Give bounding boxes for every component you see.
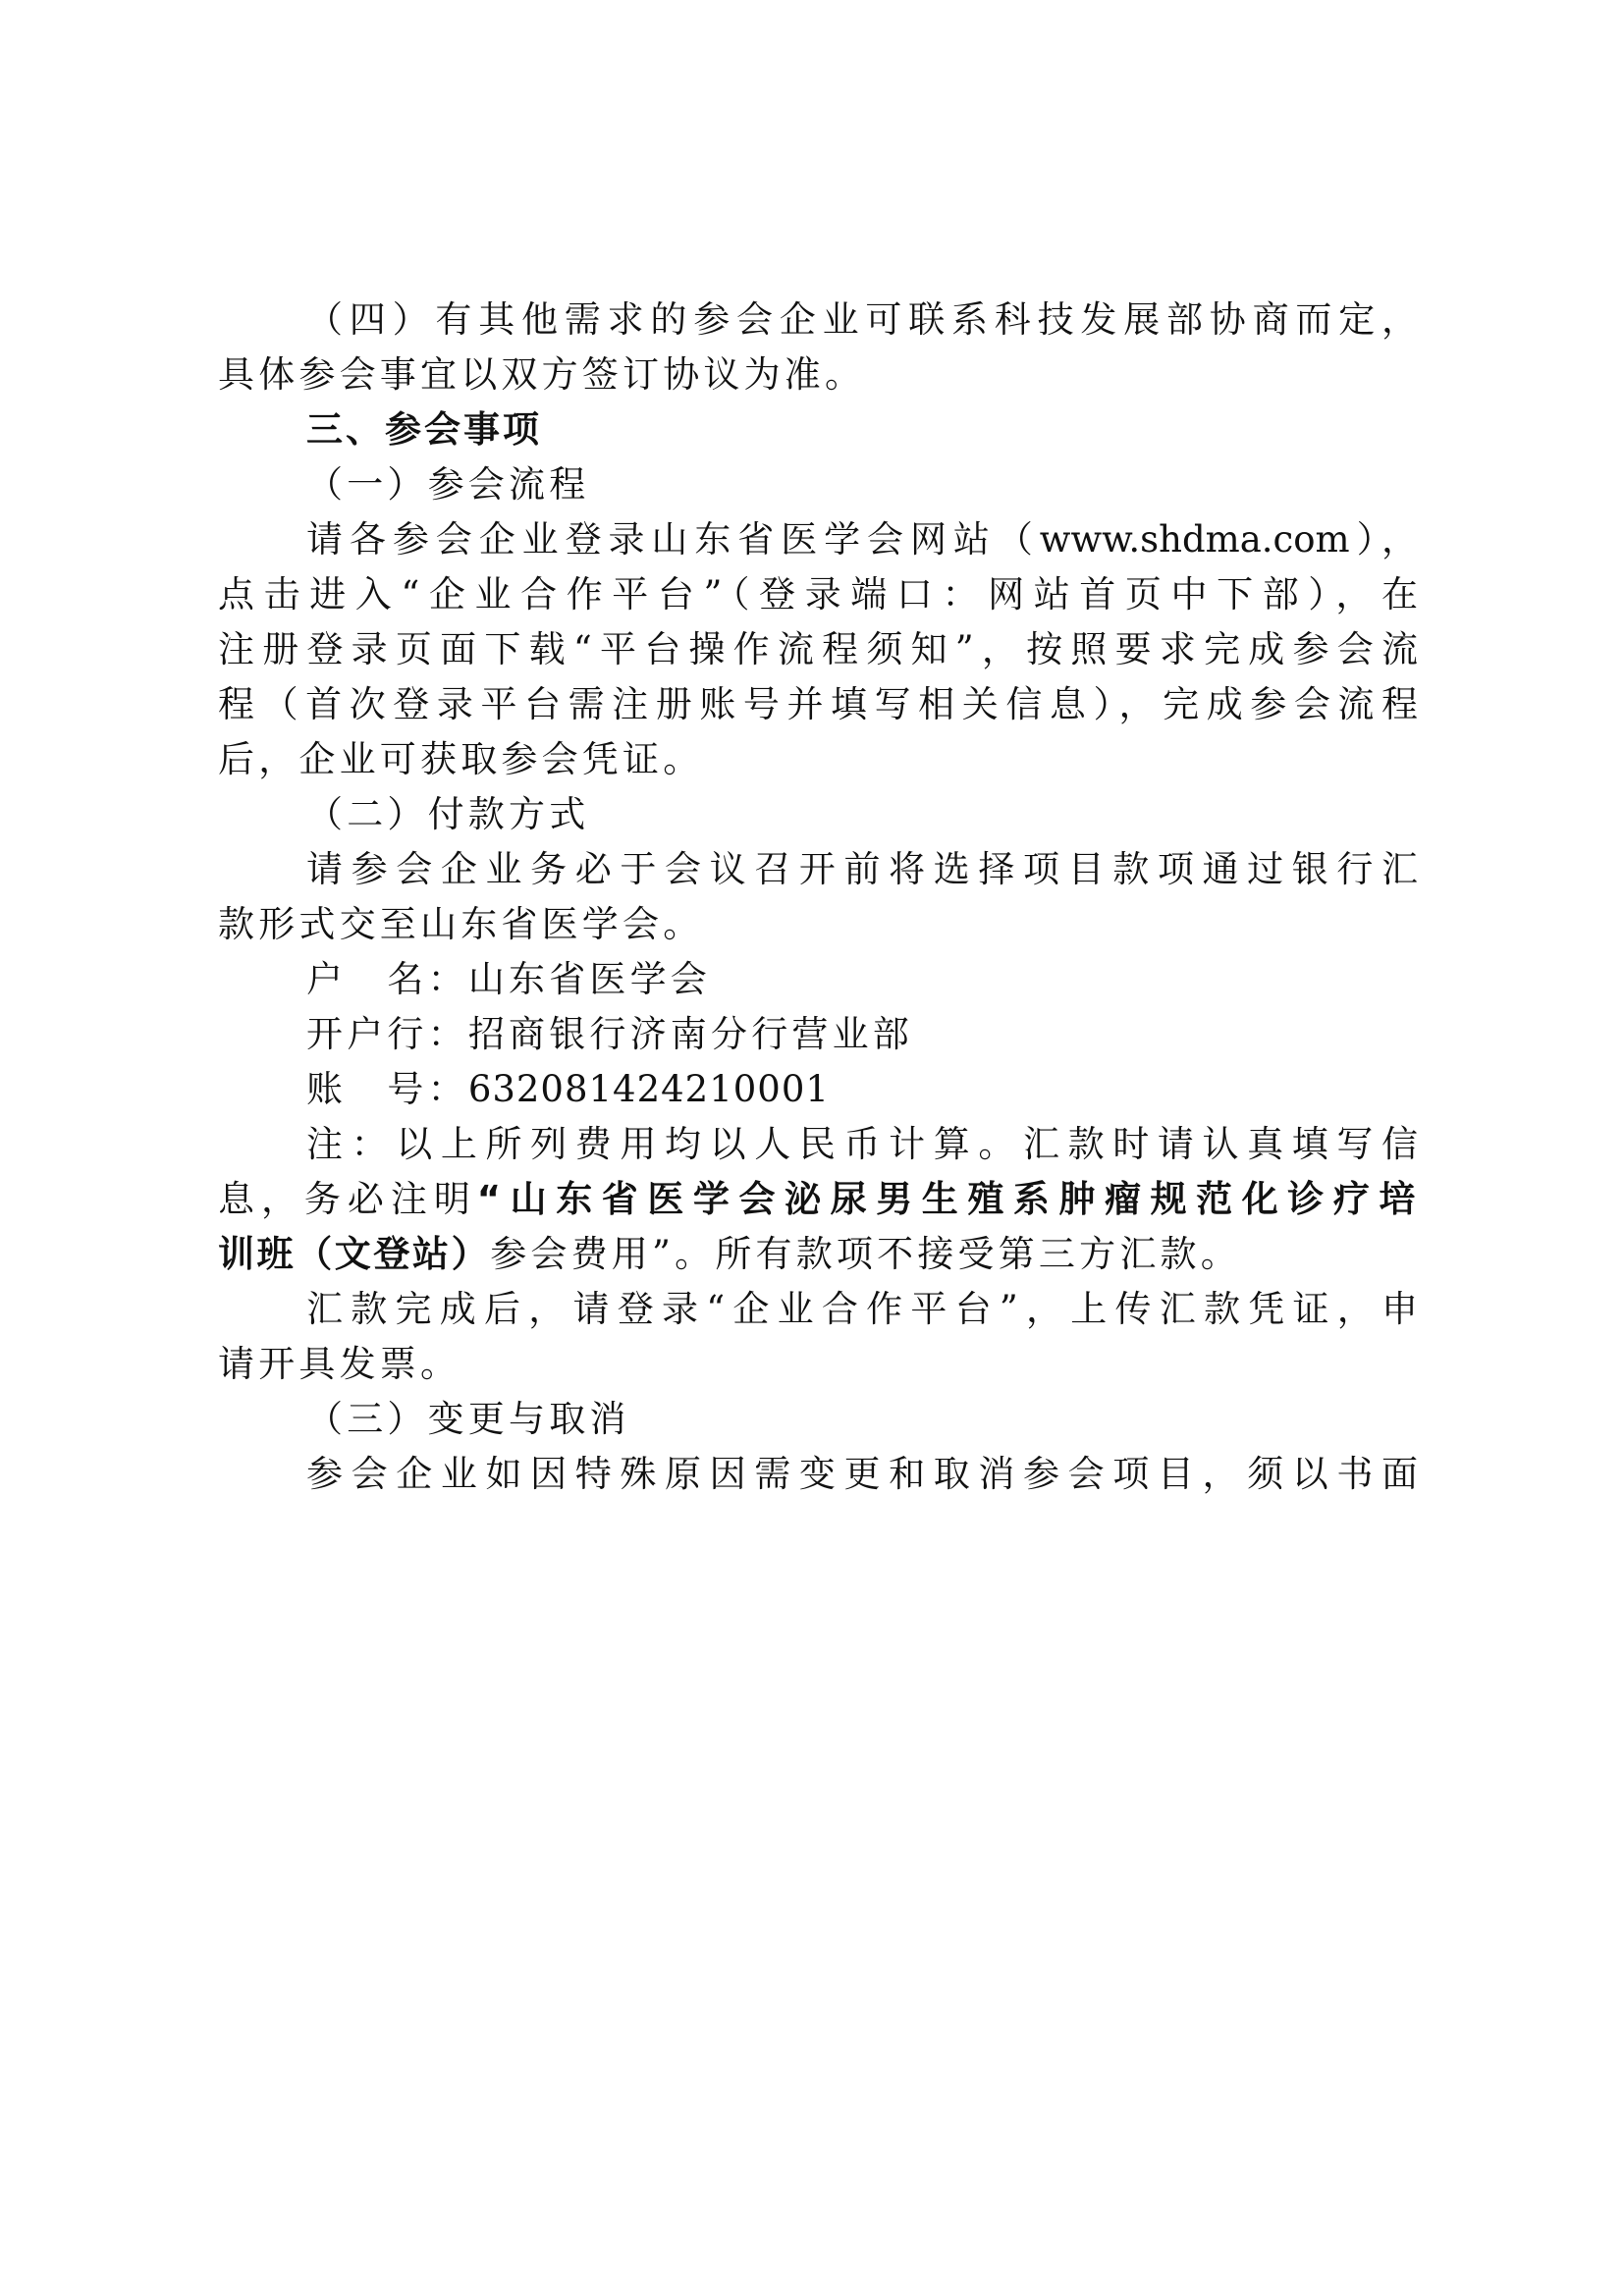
note-line-3-text: 参会费用”。所有款项不接受第三方汇款。 [490,1233,1241,1275]
account-number-label: 账 号： [306,1068,468,1110]
subsection-3-title: （三）变更与取消 [306,1397,1418,1442]
bank-label: 开户行： [306,1013,468,1055]
account-name-value: 山东省医学会 [468,958,711,1000]
note-line-1: 注：以上所列费用均以人民币计算。汇款时请认真填写信 [306,1122,1418,1167]
subsection-1-title: （一）参会流程 [306,462,1418,507]
subsection-1-line-5: 后，企业可获取参会凭证。 [218,737,1418,782]
subsection-3-line-1: 参会企业如因特殊原因需变更和取消参会项目，须以书面 [306,1452,1418,1497]
note-line-2-text: 息，务必注明 [218,1178,477,1220]
subsection-2-line-2: 款形式交至山东省医学会。 [218,902,1418,947]
bank-row: 开户行：招商银行济南分行营业部 [306,1012,1418,1057]
account-number-value: 632081424210001 [468,1068,830,1110]
subsection-1-line-1: 请各参会企业登录山东省医学会网站（www.shdma.com）， [306,517,1418,562]
after-payment-line-2: 请开具发票。 [218,1342,1418,1387]
bank-value: 招商银行济南分行营业部 [468,1013,913,1055]
account-name-label: 户 名： [306,958,468,1000]
note-line-3-bold: 训班（文登站） [218,1233,490,1275]
note-line-2: 息，务必注明“山东省医学会泌尿男生殖系肿瘤规范化诊疗培 [218,1177,1418,1222]
note-line-3: 训班（文登站）参会费用”。所有款项不接受第三方汇款。 [218,1232,1418,1277]
section-four-line-1: （四）有其他需求的参会企业可联系科技发展部协商而定， [306,297,1418,343]
account-name-row: 户 名：山东省医学会 [306,957,1418,1002]
subsection-1-line-2: 点击进入“企业合作平台”（登录端口：网站首页中下部），在 [218,572,1418,617]
document-page: （四）有其他需求的参会企业可联系科技发展部协商而定， 具体参会事宜以双方签订协议… [0,0,1624,2296]
subsection-1-line-3: 注册登录页面下载“平台操作流程须知”，按照要求完成参会流 [218,627,1418,672]
note-line-2-bold: “山东省医学会泌尿男生殖系肿瘤规范化诊疗培 [477,1178,1418,1220]
section-heading: 三、参会事项 [306,407,1418,453]
account-number-row: 账 号：632081424210001 [306,1067,1418,1112]
subsection-1-line-4: 程（首次登录平台需注册账号并填写相关信息），完成参会流程 [218,682,1418,727]
subsection-2-title: （二）付款方式 [306,792,1418,837]
subsection-2-line-1: 请参会企业务必于会议召开前将选择项目款项通过银行汇 [306,847,1418,892]
section-four-line-2: 具体参会事宜以双方签订协议为准。 [218,352,1418,398]
after-payment-line-1: 汇款完成后，请登录“企业合作平台”，上传汇款凭证，申 [306,1287,1418,1332]
